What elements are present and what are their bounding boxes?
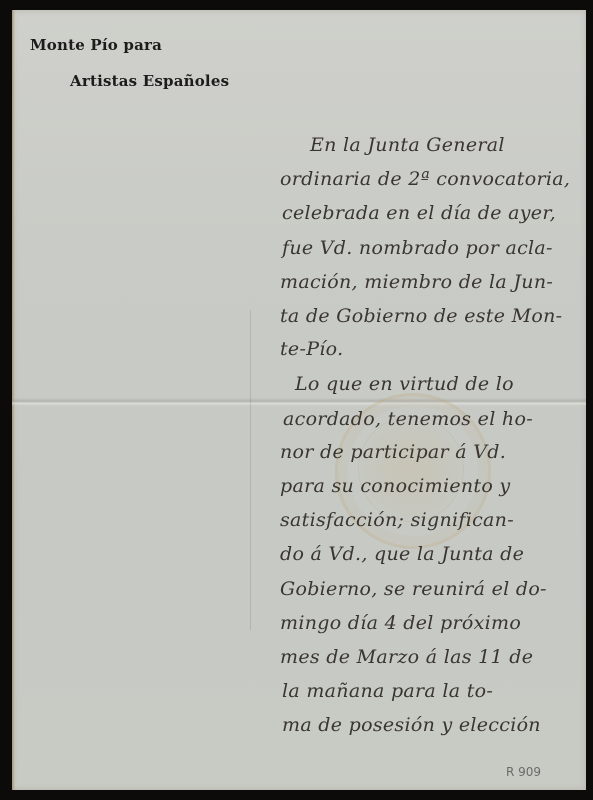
handwritten-line: acordado, tenemos el ho- (283, 408, 533, 430)
handwritten-line: mación, miembro de la Jun- (280, 271, 553, 293)
handwritten-line: para su conocimiento y (280, 475, 510, 497)
handwritten-body: En la Junta General ordinaria de 2ª conv… (0, 0, 593, 800)
handwritten-line: Lo que en virtud de lo (295, 373, 514, 395)
handwritten-line: ma de posesión y elección (282, 714, 541, 736)
handwritten-line: ta de Gobierno de este Mon- (280, 305, 562, 327)
handwritten-line: ordinaria de 2ª convocatoria, (280, 168, 570, 190)
handwritten-line: mes de Marzo á las 11 de (280, 646, 533, 668)
handwritten-line: do á Vd., que la Junta de (280, 543, 524, 565)
handwritten-line: mingo día 4 del próximo (280, 612, 521, 634)
handwritten-line: En la Junta General (310, 134, 505, 156)
handwritten-line: celebrada en el día de ayer, (282, 202, 556, 224)
archive-reference-mark: R 909 (506, 765, 541, 779)
handwritten-line: satisfacción; significan- (280, 509, 514, 531)
handwritten-line: fue Vd. nombrado por acla- (282, 237, 553, 259)
handwritten-line: Gobierno, se reunirá el do- (280, 578, 547, 600)
handwritten-line: te-Pío. (280, 338, 343, 360)
handwritten-line: la mañana para la to- (282, 680, 493, 702)
handwritten-line: nor de participar á Vd. (280, 441, 506, 463)
